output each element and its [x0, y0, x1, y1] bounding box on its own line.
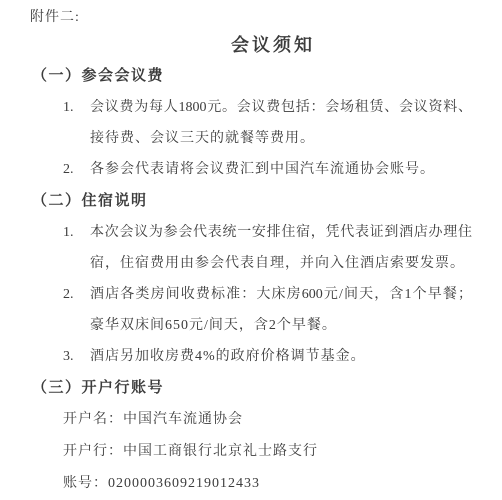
field-value: 0200003609219012433: [108, 476, 260, 491]
item-text: 酒店各类房间收费标准：大床房600元/间天，含1个早餐；豪华双床间650元/间天…: [90, 279, 472, 341]
field-label: 开户行：: [63, 444, 123, 459]
text-line: 豪华双床间650元/间天，含2个早餐。: [90, 310, 472, 341]
field-label: 账号：: [63, 476, 108, 491]
text-line: 酒店各类房间收费标准：大床房600元/间天，含1个早餐；: [90, 279, 472, 310]
field-label: 开户名：: [63, 412, 123, 427]
text-line: 宿，住宿费用由参会代表自理，并向入住酒店索要发票。: [90, 248, 472, 279]
section-heading: （一）参会会议费: [32, 60, 502, 92]
text-line: 酒店另加收房费4%的政府价格调节基金。: [90, 341, 472, 372]
item-text: 会议费为每人1800元。会议费包括：会场租赁、会议资料、接待费、会议三天的就餐等…: [90, 92, 472, 154]
text-line: 本次会议为参会代表统一安排住宿，凭代表证到酒店办理住: [90, 217, 472, 248]
list-item: 1.会议费为每人1800元。会议费包括：会场租赁、会议资料、接待费、会议三天的就…: [63, 92, 472, 154]
text-line: 各参会代表请将会议费汇到中国汽车流通协会账号。: [90, 154, 472, 185]
section-heading: （二）住宿说明: [32, 185, 502, 217]
account-field: 账号：0200003609219012433: [63, 468, 502, 500]
list-item: 2.酒店各类房间收费标准：大床房600元/间天，含1个早餐；豪华双床间650元/…: [63, 279, 472, 341]
item-number: 3.: [63, 341, 90, 372]
attachment-label: 附件二:: [30, 6, 502, 30]
document-title: 会议须知: [0, 30, 502, 60]
text-line: 会议费为每人1800元。会议费包括：会场租赁、会议资料、: [90, 92, 472, 123]
account-field: 开户名：中国汽车流通协会: [63, 404, 502, 436]
field-value: 中国工商银行北京礼士路支行: [123, 444, 318, 459]
account-field: 开户行：中国工商银行北京礼士路支行: [63, 436, 502, 468]
text-line: 接待费、会议三天的就餐等费用。: [90, 123, 472, 154]
item-text: 本次会议为参会代表统一安排住宿，凭代表证到酒店办理住宿，住宿费用由参会代表自理，…: [90, 217, 472, 279]
section-heading: （三）开户行账号: [32, 372, 502, 404]
document-body: （一）参会会议费1.会议费为每人1800元。会议费包括：会场租赁、会议资料、接待…: [0, 60, 502, 500]
list-item: 1.本次会议为参会代表统一安排住宿，凭代表证到酒店办理住宿，住宿费用由参会代表自…: [63, 217, 472, 279]
item-number: 1.: [63, 217, 90, 279]
list-item: 2.各参会代表请将会议费汇到中国汽车流通协会账号。: [63, 154, 472, 185]
item-text: 各参会代表请将会议费汇到中国汽车流通协会账号。: [90, 154, 472, 185]
item-number: 1.: [63, 92, 90, 154]
item-number: 2.: [63, 154, 90, 185]
list-item: 3.酒店另加收房费4%的政府价格调节基金。: [63, 341, 472, 372]
item-number: 2.: [63, 279, 90, 341]
field-value: 中国汽车流通协会: [123, 412, 243, 427]
document-page: 附件二: 会议须知 （一）参会会议费1.会议费为每人1800元。会议费包括：会场…: [0, 0, 502, 500]
item-text: 酒店另加收房费4%的政府价格调节基金。: [90, 341, 472, 372]
